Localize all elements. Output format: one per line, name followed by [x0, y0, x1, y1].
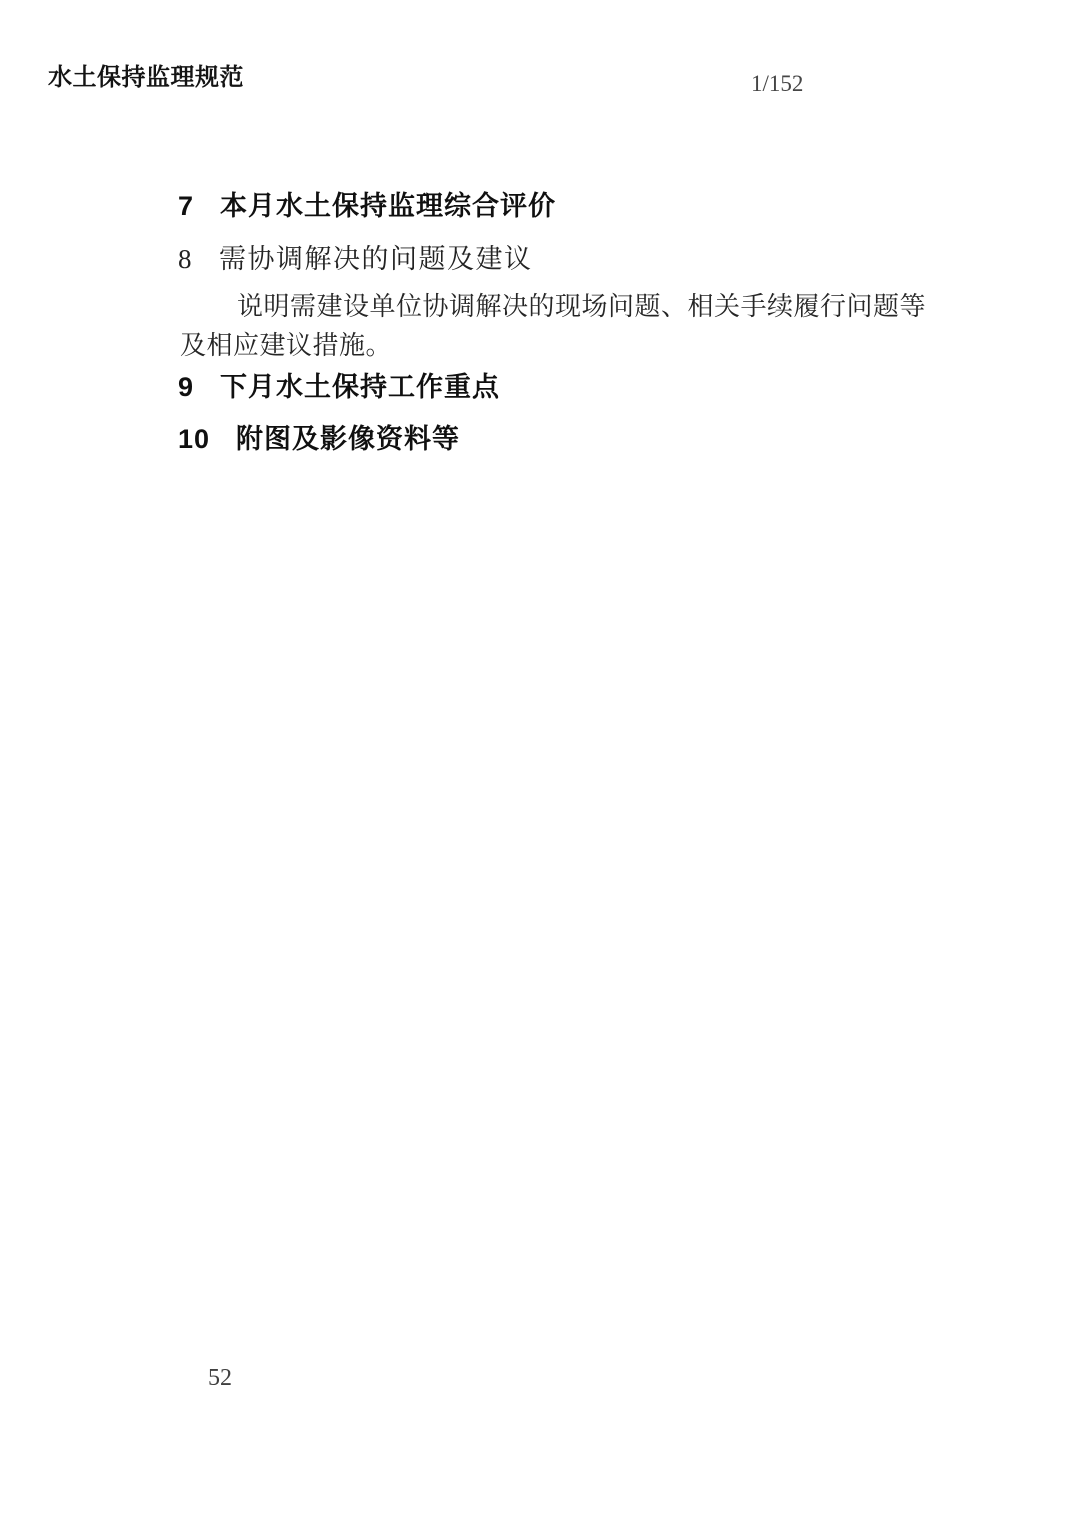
running-header-title: 水土保持监理规范	[48, 66, 244, 90]
section-title: 本月水土保持监理综合评价	[220, 191, 556, 221]
footer-page-number: 52	[208, 1366, 232, 1390]
section-title: 附图及影像资料等	[236, 424, 460, 454]
section-title: 下月水土保持工作重点	[220, 372, 500, 402]
section-heading-10: 10附图及影像资料等	[178, 426, 460, 453]
section-number: 7	[178, 193, 194, 220]
paragraph-line: 说明需建设单位协调解决的现场问题、相关手续履行问题等	[237, 294, 926, 320]
section-heading-7: 7本月水土保持监理综合评价	[178, 193, 556, 220]
section-number: 10	[178, 426, 210, 453]
section-number: 8	[178, 246, 193, 273]
section-heading-9: 9下月水土保持工作重点	[178, 374, 500, 401]
section-title: 需协调解决的问题及建议	[219, 244, 533, 274]
section-heading-8: 8需协调解决的问题及建议	[178, 246, 533, 273]
page-indicator: 1/152	[751, 72, 803, 95]
document-page: 水土保持监理规范 1/152 7本月水土保持监理综合评价 8需协调解决的问题及建…	[0, 0, 1080, 1527]
paragraph-line: 及相应建议措施。	[180, 333, 392, 359]
section-number: 9	[178, 374, 194, 401]
